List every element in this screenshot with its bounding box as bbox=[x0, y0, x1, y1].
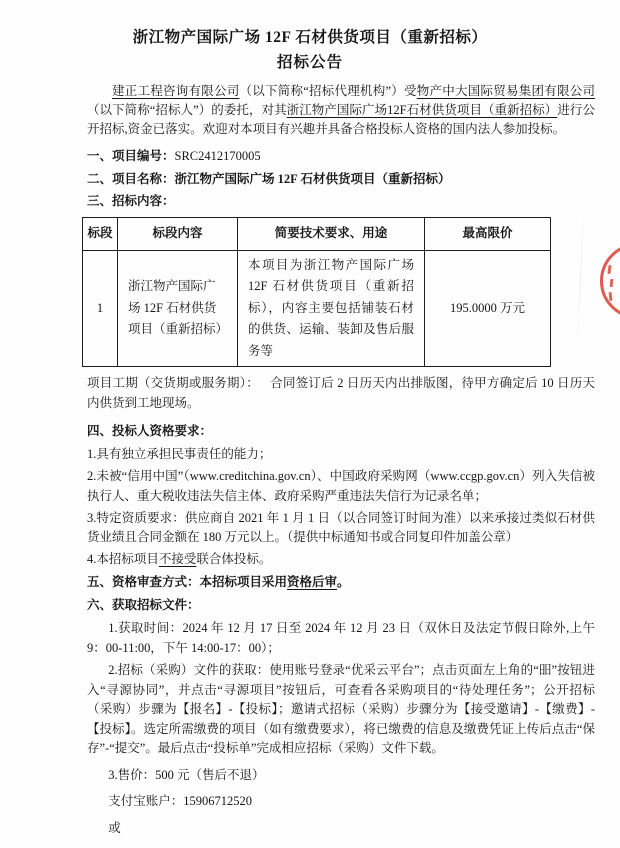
project-number-value: SRC2412170005 bbox=[175, 149, 261, 163]
qualification-item-4-pre: 4.本招标项目 bbox=[87, 552, 159, 566]
obtain-item-time: 1.获取时间：2024 年 12 月 17 日至 2024 年 12 月 23 … bbox=[87, 619, 595, 658]
bid-lots-table: 标段 标段内容 简要技术要求、用途 最高限价 1 浙江物产国际广场 12F 石材… bbox=[82, 217, 551, 368]
cell-lot-number: 1 bbox=[83, 250, 118, 367]
project-name-value: 浙江物产国际广场 12F 石材供货项目（重新招标） bbox=[175, 172, 451, 186]
table-header-row: 标段 标段内容 简要技术要求、用途 最高限价 bbox=[83, 217, 551, 250]
document-subtitle: 招标公告 bbox=[0, 51, 620, 75]
section-project-number: 一、项目编号：SRC2412170005 bbox=[87, 146, 595, 168]
section-tender-content: 三、招标内容： bbox=[87, 191, 595, 213]
or-line: 或 bbox=[87, 819, 595, 839]
red-official-seal bbox=[600, 243, 620, 319]
bidder-qualifications-label: 四、投标人资格要求： bbox=[87, 424, 212, 438]
table-row: 1 浙江物产国际广场 12F 石材供货项目（重新招标） 本项目为浙江物产国际广场… bbox=[83, 250, 551, 367]
project-period-paragraph: 项目工期（交货期或服务期）：合同签订后 2 日历天内出排版图，待甲方确定后 10… bbox=[87, 374, 595, 413]
intro-text-4: （以下简称“招标人”）的委托，对其 bbox=[87, 103, 287, 117]
project-number-label: 一、项目编号： bbox=[87, 149, 175, 163]
project-name-inline: 浙江物产国际广场12F石材供货项目（重新招标） bbox=[287, 103, 558, 117]
header-lot: 标段 bbox=[83, 217, 118, 250]
agency-name: 建正工程咨询有限公司 bbox=[112, 84, 239, 98]
title-block: 浙江物产国际广场 12F 石材供货项目（重新招标） 招标公告 bbox=[0, 0, 620, 75]
section-obtain-documents-heading: 六、获取招标文件： bbox=[87, 595, 595, 617]
qualification-review-pre: 本招标项目采用 bbox=[200, 575, 288, 589]
intro-text-2: （以下简称“招标代理机构”）受 bbox=[239, 84, 416, 98]
qualification-item-2: 2.未被“信用中国”（www.creditchina.gov.cn）、中国政府采… bbox=[87, 467, 595, 506]
header-max-price: 最高限价 bbox=[425, 217, 551, 250]
cell-max-price: 195.0000 万元 bbox=[425, 250, 551, 367]
header-requirements: 简要技术要求、用途 bbox=[238, 217, 425, 250]
cell-requirements: 本项目为浙江物产国际广场 12F 石材供货项目（重新招标），内容主要包括铺装石材… bbox=[238, 250, 425, 367]
document-title: 浙江物产国际广场 12F 石材供货项目（重新招标） bbox=[0, 25, 620, 51]
section-project-name: 二、项目名称：浙江物产国际广场 12F 石材供货项目（重新招标） bbox=[87, 169, 595, 191]
no-consortium-underlined: 不接受 bbox=[159, 552, 197, 566]
qualification-item-3: 3.特定资质要求：供应商自 2021 年 1 月 1 日（以合同签订时间为准）以… bbox=[87, 509, 595, 548]
tenderee-name: 物产中大国际贸易集团有限公司 bbox=[417, 84, 595, 98]
obtain-item-method: 2.招标（采购）文件的获取：使用账号登录“优采云平台”；点击页面左上角的“昍”按… bbox=[87, 661, 595, 759]
obtain-item-price: 3.售价：500 元（售后不退） bbox=[87, 766, 595, 786]
intro-paragraph: 建正工程咨询有限公司（以下简称“招标代理机构”）受物产中大国际贸易集团有限公司（… bbox=[87, 82, 595, 139]
section-qualification-review: 五、资格审查方式：本招标项目采用资格后审。 bbox=[87, 572, 595, 594]
qualification-item-4: 4.本招标项目不接受联合体投标。 bbox=[87, 550, 595, 570]
alipay-account-line: 支付宝账户：15906712520 bbox=[87, 792, 595, 812]
qualification-item-1: 1.具有独立承担民事责任的能力； bbox=[87, 445, 595, 465]
tender-content-label: 三、招标内容： bbox=[87, 194, 175, 208]
tender-announcement-page: 浙江物产国际广场 12F 石材供货项目（重新招标） 招标公告 建正工程咨询有限公… bbox=[0, 0, 620, 848]
seal-text-mark bbox=[610, 279, 614, 287]
qualification-review-post: 。 bbox=[337, 575, 350, 589]
project-period-label: 项目工期（交货期或服务期）： bbox=[87, 376, 259, 390]
document-body: 建正工程咨询有限公司（以下简称“招标代理机构”）受物产中大国际贸易集团有限公司（… bbox=[87, 82, 595, 838]
section-bidder-qualifications-heading: 四、投标人资格要求： bbox=[87, 421, 595, 443]
qualification-item-4-post: 联合体投标。 bbox=[196, 552, 271, 566]
cell-lot-content: 浙江物产国际广场 12F 石材供货项目（重新招标） bbox=[118, 250, 238, 367]
header-lot-content: 标段内容 bbox=[118, 217, 238, 250]
post-qualification-underlined: 资格后审 bbox=[287, 575, 337, 589]
qualification-review-label: 五、资格审查方式： bbox=[87, 575, 200, 589]
obtain-documents-label: 六、获取招标文件： bbox=[87, 598, 200, 612]
project-name-label: 二、项目名称： bbox=[87, 172, 175, 186]
